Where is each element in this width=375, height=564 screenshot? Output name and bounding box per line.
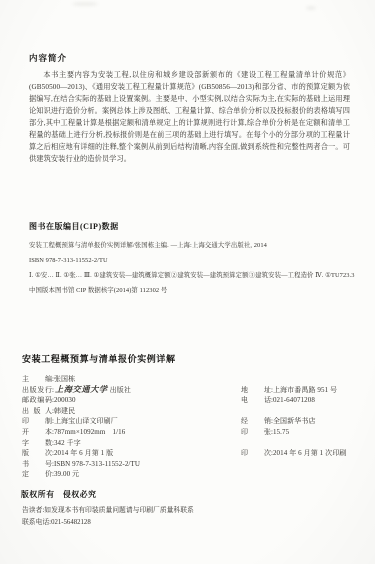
contact-phone: 联系电话:021-56482128 <box>22 517 361 529</box>
field-value: 韩建民 <box>54 407 75 415</box>
colophon-row: 字数:342 千字 <box>22 438 361 449</box>
field-label: 出版发行 <box>22 385 52 396</box>
field-label: 印张 <box>241 427 271 438</box>
colophon-row: 印制:上海宝山译文印刷厂 经销:全国新华书店 <box>22 416 361 427</box>
field-value: 上海市番禺路 951 号 <box>273 386 337 394</box>
field-label: 地址 <box>241 385 271 396</box>
cip-record-number-line: 中国版本图书馆 CIP 数据核字(2014)第 112302 号 <box>29 283 363 298</box>
field-value: 上海宝山译文印刷厂 <box>54 417 118 425</box>
field-label: 印次 <box>241 448 271 459</box>
copyright-section: 版权所有 侵权必究 告读者:如发现本书有印装质量问题请与印刷厂质量科联系 联系电… <box>0 480 375 529</box>
field-value: 787mm×1092mm 1/16 <box>54 428 125 436</box>
field-label: 印制 <box>22 416 52 427</box>
field-value: 全国新华书店 <box>273 417 316 425</box>
cip-title-line: 安装工程概预算与清单报价实例详解/张国栋主编. —上海:上海交通大学出版社, 2… <box>29 238 363 253</box>
scan-smudge <box>72 2 98 6</box>
field-label: 定价 <box>22 469 52 480</box>
colophon-row: 定价:39.00 元 <box>22 469 361 480</box>
copyright-notice: 版权所有 侵权必究 <box>21 489 361 500</box>
field-value: 出版社 <box>110 386 131 394</box>
field-value: 021-64071208 <box>273 396 315 404</box>
field-value: ISBN 978-7-313-11552-2/TU <box>54 460 140 468</box>
field-colon: : <box>52 386 54 394</box>
field-label: 出版人 <box>22 406 52 417</box>
field-label: 邮政编码 <box>22 395 52 406</box>
field-value: 39.00 元 <box>54 470 79 478</box>
colophon-section: 安装工程概预算与清单报价实例详解 主编:张国栋 出版发行:上海交通大学出版社 地… <box>0 298 375 480</box>
field-label: 书号 <box>22 459 52 470</box>
colophon-row: 出版人:韩建民 <box>22 406 361 417</box>
scan-smudge <box>306 6 316 10</box>
field-label: 版次 <box>22 448 52 459</box>
colophon-row: 主编:张国栋 <box>22 374 361 385</box>
field-label: 字数 <box>22 438 52 449</box>
publisher-script-logo: 上海交通大学 <box>55 385 108 394</box>
cip-classification-line: Ⅰ. ①安… Ⅱ. ①张… Ⅲ. ①建筑安装—建筑概算定额②建筑安装—建筑预算定… <box>29 268 363 283</box>
field-label: 经销 <box>241 416 271 427</box>
field-label: 主编 <box>22 374 52 385</box>
field-value: 2014 年 6 月第 1 次印刷 <box>273 449 346 457</box>
book-title: 安装工程概预算与清单报价实例详解 <box>22 352 361 365</box>
field-label: 开本 <box>22 427 52 438</box>
field-value: 342 千字 <box>54 439 81 447</box>
colophon-row: 版次:2014 年 6 月第 1 版 印次:2014 年 6 月第 1 次印刷 <box>22 448 361 459</box>
field-value: 2014 年 6 月第 1 版 <box>54 449 113 457</box>
content-summary-paragraph: 本书主要内容为安装工程,以住房和城乡建设部新颁布的《建设工程工程量清单计价规范》… <box>29 69 350 165</box>
colophon-row: 开本:787mm×1092mm 1/16 印张:15.75 <box>22 427 361 438</box>
colophon-row: 书号:ISBN 978-7-313-11552-2/TU <box>22 459 361 470</box>
cip-data-section: 图书在版编目(CIP)数据 安装工程概预算与清单报价实例详解/张国栋主编. —上… <box>0 165 375 298</box>
colophon-row: 出版发行:上海交通大学出版社 地址:上海市番禺路 951 号 <box>22 385 361 396</box>
field-label: 电话 <box>241 395 271 406</box>
field-value: 15.75 <box>273 428 289 436</box>
content-summary-section: 内容简介 本书主要内容为安装工程,以住房和城乡建设部新颁布的《建设工程工程量清单… <box>0 0 375 165</box>
reader-note: 告读者:如发现本书有印装质量问题请与印刷厂质量科联系 <box>22 505 361 517</box>
colophon-row: 邮政编码:200030 电话:021-64071208 <box>22 395 361 406</box>
cip-heading: 图书在版编目(CIP)数据 <box>29 221 363 232</box>
cip-isbn-line: ISBN 978-7-313-11552-2/TU <box>29 253 363 268</box>
field-value: 200030 <box>54 396 76 404</box>
content-summary-heading: 内容简介 <box>29 52 350 64</box>
field-value: 张国栋 <box>54 375 75 383</box>
book-copyright-page: 内容简介 本书主要内容为安装工程,以住房和城乡建设部新颁布的《建设工程工程量清单… <box>0 0 375 564</box>
